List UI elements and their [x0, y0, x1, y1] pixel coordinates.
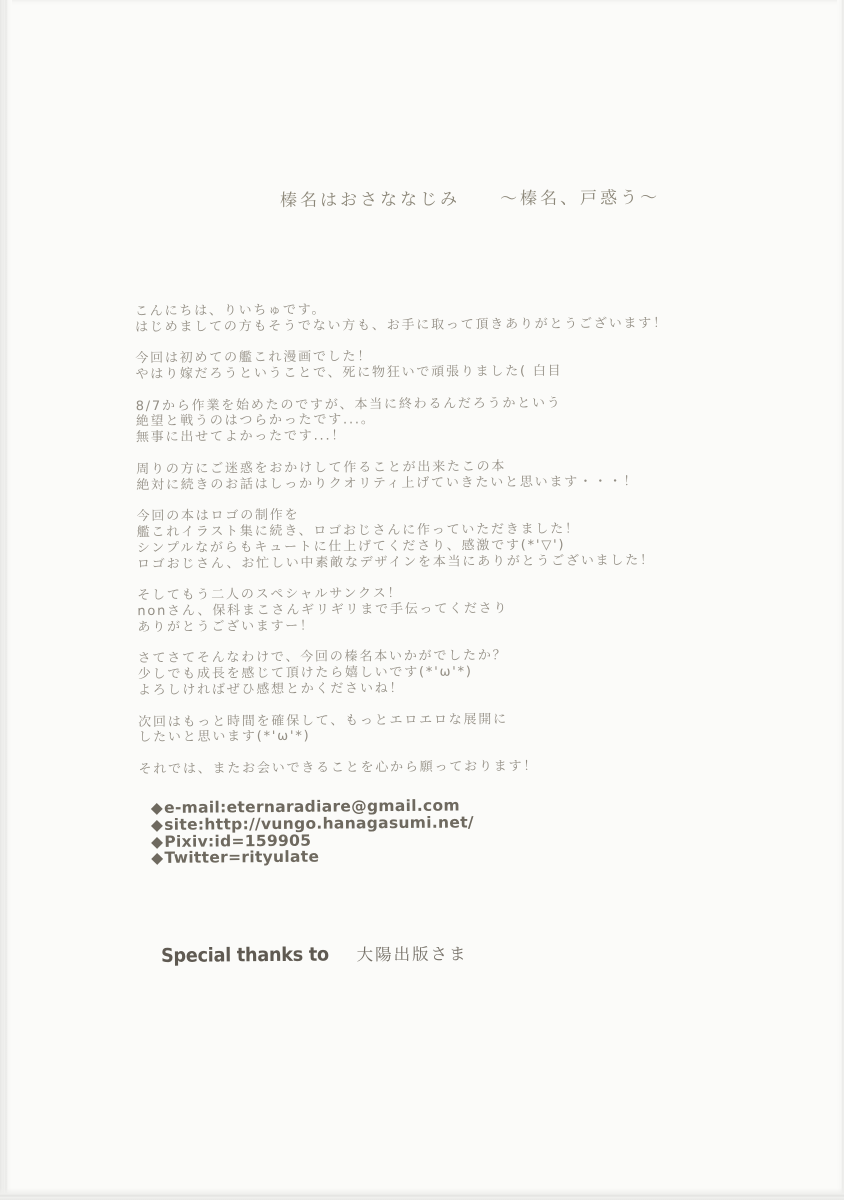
text-line: ロゴおじさん、お忙しい中素敵なデザインを本当にありがとうございました！ — [137, 552, 670, 572]
special-thanks: Special thanks to 大陽出版さま — [161, 940, 468, 966]
diamond-bullet-icon: ◆ — [151, 799, 163, 817]
text-line: はじめましての方もそうでない方も、お手に取って頂きありがとうございます！ — [135, 315, 668, 335]
diamond-bullet-icon: ◆ — [151, 816, 163, 834]
afterword-content: 榛名はおさななじみ ～榛名、戸惑う～ こんにちは、りいちゅです。 はじめましての… — [0, 0, 844, 1200]
page-title: 榛名はおさななじみ ～榛名、戸惑う～ — [280, 183, 660, 211]
contact-item-text: Twitter=rityulate — [164, 848, 319, 867]
diamond-bullet-icon: ◆ — [151, 849, 163, 867]
afterword-body: こんにちは、りいちゅです。 はじめましての方もそうでない方も、お手に取って頂きあ… — [135, 284, 672, 794]
text-line: したいと思います(*'ω'*) — [138, 726, 671, 746]
text-line: ありがとうございますー！ — [137, 616, 670, 636]
special-thanks-label: Special thanks to — [161, 944, 329, 967]
scanned-page: 榛名はおさななじみ ～榛名、戸惑う～ こんにちは、りいちゅです。 はじめましての… — [0, 0, 844, 1200]
special-thanks-name: 大陽出版さま — [356, 944, 467, 964]
contact-item-site: ◆site:http://vungo.hanagasumi.net/ — [151, 814, 474, 833]
paragraph — [135, 284, 668, 288]
contact-item-twitter: ◆Twitter=rityulate — [151, 848, 474, 867]
text-line: よろしければぜひ感想とかくださいね！ — [138, 679, 671, 699]
text-line: 絶対に続きのお話はしっかりクオリティ上げていきたいと思います・・・！ — [136, 473, 669, 493]
text-line: それでは、またお会いできることを心から願っております！ — [138, 758, 671, 778]
contact-list: ◆e-mail:eternaradiare@gmail.com ◆site:ht… — [151, 797, 474, 867]
diamond-bullet-icon: ◆ — [151, 832, 163, 850]
contact-item-text: site:http://vungo.hanagasumi.net/ — [164, 813, 474, 833]
text-line: やはり嫁だろうということで、死に物狂いで頑張りました( 白目 — [135, 363, 668, 383]
text-line: 無事に出せてよかったです...！ — [136, 426, 669, 446]
